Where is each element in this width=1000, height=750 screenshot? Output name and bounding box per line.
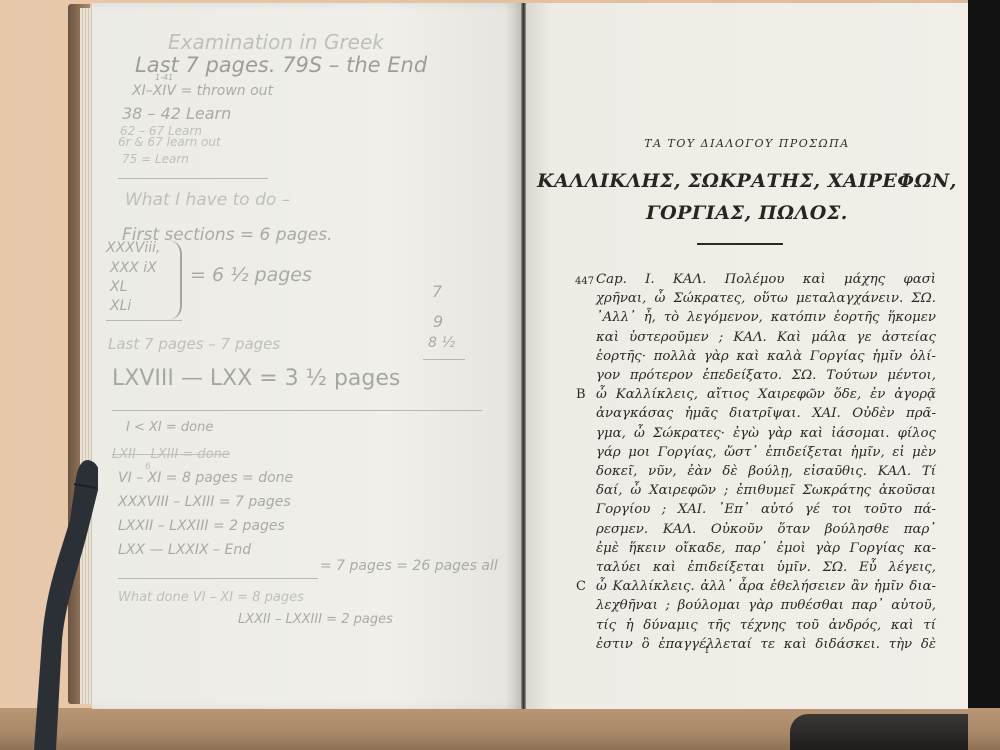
text-line: ἑορτῆς· πολλὰ γὰρ καὶ καλὰ Γοργίας ἡμῖν … [596, 349, 936, 364]
text-line: Γοργίου ; ΧΑΙ. ᾿Επ᾿ αὐτό γέ τοι τοῦτο πά… [596, 502, 936, 517]
text-line: ἀναγκάσας ἡμᾶς διατρῖψαι. ΧΑΙ. Οὐδὲν πρᾶ… [596, 406, 936, 421]
book-stand-clip [790, 714, 968, 750]
persons-line-2: ΓΟΡΓΙΑΣ, ΠΩΛΟΣ. [526, 202, 968, 224]
note-line: VI – XI = 8 pages = done [118, 470, 293, 486]
text-line: ὦ Καλλίκλεις. ἀλλ᾿ ἆρα ἐθελήσειεν ἂν ἡμῖ… [596, 579, 936, 594]
note-line: XI–XIV = thrown out [132, 83, 273, 99]
note-line: LXXII – LXXIII = 2 pages [118, 518, 285, 534]
text-line: τίς ἡ δύναμις τῆς τέχνης τοῦ ἀνδρός, καὶ… [596, 618, 936, 633]
text-line: χρῆναι, ὦ Σώκρατες, οὕτω μεταλαγχάνειν. … [596, 291, 936, 306]
note-line: XXXViii, [106, 240, 160, 256]
note-line: XLi [110, 298, 131, 314]
heading-rule [697, 243, 783, 245]
text-line: Cap. I. ΚΑΛ. Πολέμου καὶ μάχης φασὶ [596, 272, 936, 287]
note-line: What I have to do – [125, 190, 290, 210]
stephanus-section-b: B [576, 387, 586, 402]
dramatis-personae-heading: ΤΑ ΤΟΥ ΔΙΑΛΟΓΟΥ ΠΡΟΣΩΠΑ [526, 137, 968, 150]
note-line: What done VI – XI = 8 pages [118, 590, 304, 605]
note-line: = 7 pages = 26 pages all [320, 558, 498, 574]
note-line: Last 7 pages. 79S – the End [135, 53, 427, 77]
text-line: ἐμὲ ἥκειν οἴκαδε, παρ᾿ ἐμοὶ γὰρ Γοργίας … [596, 541, 936, 556]
pencil-rule [118, 178, 268, 179]
pencil-rule [112, 410, 482, 411]
text-line: λεχθῆναι ; βούλομαι γὰρ πυθέσθαι παρ᾿ αὐ… [596, 598, 936, 613]
text-line: γμα, ὦ Σώκρατες· ἐγὼ γὰρ καὶ ἰάσομαι. φί… [596, 426, 936, 441]
note-line: 38 – 42 Learn [122, 104, 231, 123]
note-line: LXII – LXIII = done [112, 447, 230, 462]
note-line: Last 7 pages – 7 pages [108, 335, 280, 353]
dark-background [968, 0, 1000, 750]
note-line: 75 = Learn [122, 152, 189, 166]
note-line: 9 [433, 312, 443, 331]
note-line: LXVIII — LXX = 3 ½ pages [112, 366, 400, 391]
text-line: δοκεῖ, νῦν, ἐὰν δὲ βούλῃ, εἰσαῦθις. ΚΑΛ.… [596, 464, 936, 479]
pencil-rule [423, 359, 465, 360]
stephanus-page-number: 447 [575, 276, 594, 287]
persons-line-1: ΚΑΛΛΙΚΛΗΣ, ΣΩΚΡΑΤΗΣ, ΧΑΙΡΕΦΩΝ, [526, 170, 968, 192]
text-line: καὶ ὑστεροῦμεν ; ΚΑΛ. Καὶ μάλα γε ἀστεία… [596, 330, 936, 345]
note-line: I < XI = done [126, 420, 213, 435]
note-title: Examination in Greek [168, 30, 384, 54]
note-line: 6r & 67 learn out [118, 135, 221, 149]
note-line: = 6 ½ pages [190, 264, 312, 286]
text-line: δαί, ὦ Χαιρεφῶν ; ἐπιθυμεῖ Σωκράτης ἀκοῦ… [596, 483, 936, 498]
note-line: XXXVIII – LXIII = 7 pages [118, 494, 291, 510]
brace-mark [160, 240, 182, 320]
bookmark-strap [28, 460, 98, 750]
text-line: ᾿Αλλ᾿ ἦ, τὸ λεγόμενον, κατόπιν ἑορτῆς ἥκ… [596, 310, 936, 325]
note-line: XL [110, 279, 127, 295]
page-number: 1 [704, 646, 710, 656]
note-line: XXX iX [110, 260, 157, 276]
note-line: 7 [432, 282, 442, 301]
text-line: γάρ μοι Γοργίας, ὥστ᾿ ἐπιδείξεται ἡμῖν, … [596, 445, 936, 460]
text-line: ἐστιν ὃ ἐπαγγέλλεταί τε καὶ διδάσκει. τὴ… [596, 637, 936, 652]
text-line: ρεσμεν. ΚΑΛ. Οὐκοῦν ὅταν βούλησθε παρ᾿ [596, 522, 936, 537]
note-line: 8 ½ [428, 335, 455, 351]
pencil-rule [118, 578, 318, 579]
note-line: 1-41 [155, 73, 173, 82]
stephanus-section-c: C [576, 579, 586, 594]
text-line: ταλύει καὶ ἐπιδείξεται ὑμῖν. ΣΩ. Εὖ λέγε… [596, 560, 936, 575]
text-line: γον πρότερον ἐπεδείξατο. ΣΩ. Τούτων μέντ… [596, 368, 936, 383]
text-line: ὦ Καλλίκλεις, αἴτιος Χαιρεφῶν ὅδε, ἐν ἀγ… [596, 387, 936, 402]
photo-scene: Examination in Greek Last 7 pages. 79S –… [0, 0, 1000, 750]
note-line: LXX — LXXIX – End [118, 542, 251, 558]
pencil-rule [106, 320, 182, 321]
note-line: LXXII – LXXIII = 2 pages [238, 612, 393, 627]
